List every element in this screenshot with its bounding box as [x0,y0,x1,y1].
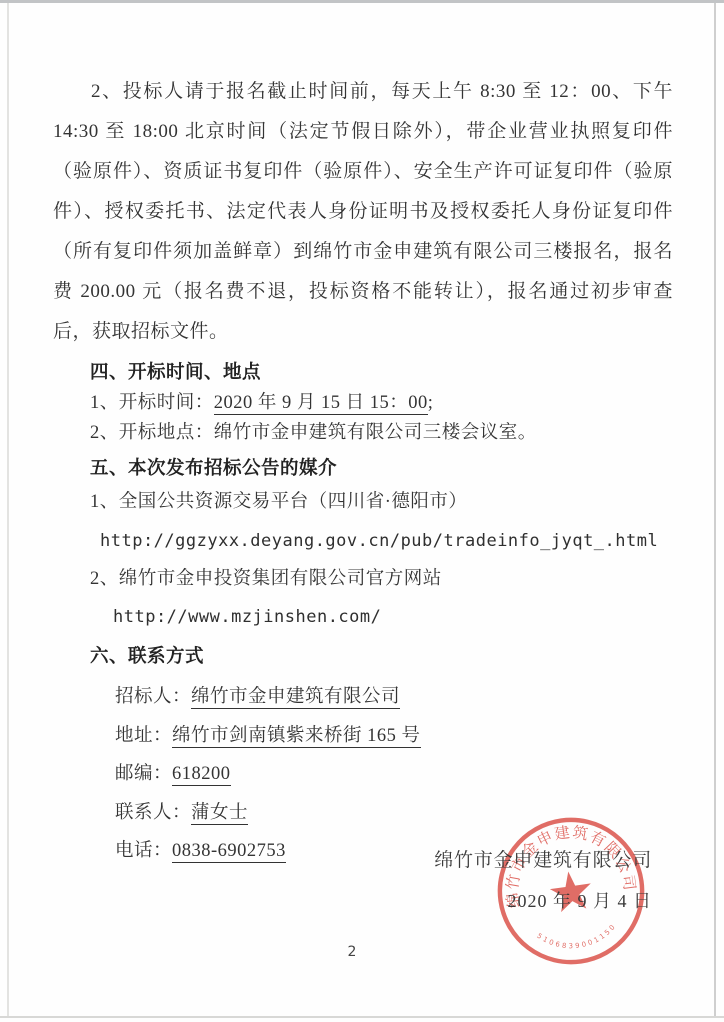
tenderer-label: 招标人： [115,687,191,707]
document-body: 2、投标人请于报名截止时间前，每天上午 8:30 至 12：00、下午 14:3… [53,72,673,871]
scan-edge-top [0,0,724,3]
contact-row-tenderer: 招标人：绵竹市金申建筑有限公司 [115,678,673,717]
address-label: 地址： [115,726,172,746]
section-5-heading: 五、本次发布招标公告的媒介 [90,453,673,484]
signature-company-name: 绵竹市金申建筑有限公司 [434,845,652,872]
bid-opening-place-line: 2、开标地点：绵竹市金申建筑有限公司三楼会议室。 [90,418,673,448]
scanned-document-page: 2、投标人请于报名截止时间前，每天上午 8:30 至 12：00、下午 14:3… [0,0,724,1022]
address-value: 绵竹市剑南镇紫来桥街 165 号 [172,726,421,748]
media-item-1: 1、全国公共资源交易平台（四川省·德阳市） [90,484,673,521]
contact-row-postcode: 邮编：618200 [115,755,673,794]
scan-edge-left [7,3,9,1018]
scan-edge-right [714,3,716,1018]
media-url-1: http://ggzyxx.deyang.gov.cn/pub/tradeinf… [100,521,673,561]
signature-block: 绵竹市金申建筑有限公司 2020 年 9 月 4 日 [434,845,652,913]
bid-opening-time-value: 2020 年 9 月 15 日 15：00 [214,393,428,415]
postcode-label: 邮编： [115,764,172,784]
phone-value: 0838-6902753 [172,841,286,863]
scan-edge-bottom [0,1016,724,1018]
contact-person-label: 联系人： [115,803,191,823]
contact-person-value: 蒲女士 [191,803,248,825]
bid-opening-time-line: 1、开标时间：2020 年 9 月 15 日 15：00; [90,388,673,418]
media-url-2: http://www.mzjinshen.com/ [113,598,673,636]
postcode-value: 618200 [172,764,231,786]
bid-opening-time-suffix: ; [428,393,434,413]
tenderer-value: 绵竹市金申建筑有限公司 [191,687,400,709]
phone-label: 电话： [115,841,172,861]
section-6-heading: 六、联系方式 [90,641,673,672]
paragraph-registration-instructions: 2、投标人请于报名截止时间前，每天上午 8:30 至 12：00、下午 14:3… [53,72,673,352]
bid-opening-time-label: 1、开标时间： [90,393,214,413]
section-4-heading: 四、开标时间、地点 [90,357,673,388]
media-item-2: 2、绵竹市金申投资集团有限公司官方网站 [90,561,673,598]
contact-row-address: 地址：绵竹市剑南镇紫来桥街 165 号 [115,717,673,756]
signature-date: 2020 年 9 月 4 日 [434,887,652,913]
